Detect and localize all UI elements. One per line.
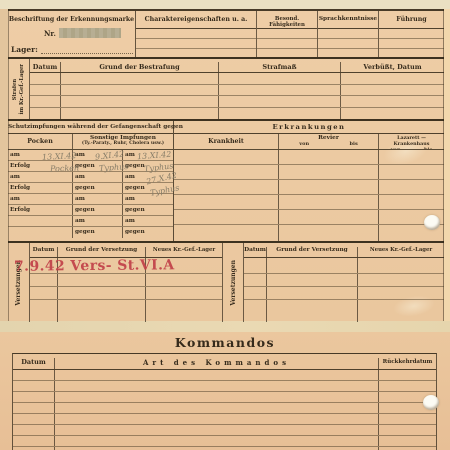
table-row — [174, 150, 444, 165]
col-header-krankheit: Krankheit — [174, 134, 278, 149]
table-row — [13, 425, 436, 436]
col-header-pocken: Pocken — [8, 134, 72, 149]
table-row — [30, 274, 222, 287]
table-row: gegen gegen — [8, 227, 173, 238]
erfolg-label: Erfolg — [8, 205, 72, 215]
col-header-sonstige-sub: (Ty.-Paraty., Ruhr, Cholera usw.) — [73, 141, 173, 146]
col-header-grund-versetzung: Grund der Versetzung — [57, 247, 145, 257]
impfungen-header: Schutzimpfungen während der Gefangenscha… — [8, 121, 173, 134]
erfolg-label: Erfolg — [8, 183, 72, 193]
am-label: am — [122, 194, 173, 204]
table-row — [244, 274, 444, 287]
pow-record-card-scan: Beschriftung der Erkennungsmarke Nr. Lag… — [0, 0, 450, 450]
kommandos-title: Kommandos — [0, 335, 450, 350]
gegen-label: gegen — [72, 183, 122, 193]
col-header-lazarett: Lazarett — Krankenhaus — [379, 135, 444, 147]
col-header-neues-lager: Neues Kr.-Gef.-Lager — [145, 247, 222, 257]
am-label: am — [72, 216, 122, 226]
table-row — [318, 29, 378, 39]
col-header-verbuesst: Verbüßt, Datum — [340, 62, 444, 72]
character-columns: Charaktereigenschaften u. a. Besond. Fäh… — [135, 11, 444, 57]
col-header-faehigkeiten: Besond. Fähigkeiten — [257, 11, 317, 29]
table-row — [13, 414, 436, 425]
erkrankungen-header: Erkrankungen — [174, 121, 444, 134]
table-row — [13, 403, 436, 414]
table-row — [136, 39, 256, 49]
table-row — [257, 29, 317, 39]
gegen-label: gegen — [122, 205, 173, 215]
col-header-grund-versetzung: Grund der Versetzung — [266, 247, 357, 257]
table-row: Erfolg gegen gegen — [8, 205, 173, 216]
col-header-fuehrung: Führung — [379, 11, 444, 29]
col-header-neues-lager: Neues Kr.-Gef.-Lager — [357, 247, 444, 257]
lager-fill-line — [41, 46, 133, 54]
table-row — [174, 210, 444, 225]
hole-punch — [424, 215, 440, 230]
section-erkennungsmarke: Beschriftung der Erkennungsmarke Nr. Lag… — [8, 9, 444, 57]
von-label: von — [391, 147, 401, 149]
beschriftung-label: Beschriftung der Erkennungsmarke — [8, 16, 135, 23]
table-row — [174, 195, 444, 210]
section-versetzungen: Versetzungen Datum Grund der Versetzung … — [8, 243, 444, 322]
table-row: am am — [8, 216, 173, 227]
strafen-side-label: Strafen im Kr.-Gef.-Lager — [8, 59, 30, 119]
am-label: am — [72, 172, 122, 182]
col-header-datum: Datum — [244, 247, 266, 257]
table-row — [30, 96, 444, 107]
paper-edge-right — [444, 9, 450, 329]
versetzungen-side-label: Versetzungen — [222, 243, 244, 322]
card-edge-band — [0, 321, 450, 332]
transfer-stamp: 7.9.42 Vers- St.VI.A — [14, 257, 175, 274]
table-row — [30, 73, 444, 84]
col-header-strafmass: Strafmaß — [218, 62, 340, 72]
table-row — [30, 287, 222, 300]
gegen-label: gegen — [122, 227, 173, 238]
table-row — [13, 370, 436, 381]
table-row — [174, 165, 444, 180]
col-header-art-kommandos: Art des Kommandos — [54, 358, 378, 369]
table-row — [379, 39, 444, 49]
table-row — [13, 436, 436, 447]
table-row — [30, 85, 444, 96]
bis-label: bis — [424, 147, 432, 149]
side-label-line: Strafen — [12, 64, 19, 114]
section-strafen: Strafen im Kr.-Gef.-Lager Datum Grund de… — [8, 57, 444, 121]
table-row — [244, 300, 444, 322]
versetzungen-side-label: Versetzungen — [8, 243, 30, 322]
col-header-charakter: Charaktereigenschaften u. a. — [136, 11, 256, 29]
col-header-sprachkenntnisse: Sprachkenntnisse — [318, 11, 378, 29]
lager-label: Lager: — [11, 45, 38, 54]
am-label: am — [72, 194, 122, 204]
col-header-datum: Datum — [13, 358, 54, 369]
section-impfungen-erkrankungen: Schutzimpfungen während der Gefangenscha… — [8, 121, 444, 243]
paper-edge-top — [0, 0, 450, 9]
am-label: am — [122, 216, 173, 226]
table-row — [318, 39, 378, 49]
table-row — [174, 180, 444, 195]
side-label: Versetzungen — [230, 260, 237, 306]
gegen-label: gegen — [72, 227, 122, 238]
col-header-datum: Datum — [30, 247, 57, 257]
table-row — [30, 108, 444, 119]
section-kommandos: Datum Art des Kommandos Rückkehrdatum — [12, 353, 437, 450]
col-header-rueckkehrdatum: Rückkehrdatum — [378, 358, 436, 369]
col-header-datum: Datum — [30, 62, 60, 72]
table-row — [136, 29, 256, 39]
tag-number-field — [59, 28, 121, 38]
pencil-entry-pocken-date: 13.XI.42 — [42, 151, 77, 162]
table-row — [13, 392, 436, 403]
hole-punch — [423, 395, 439, 410]
table-row — [244, 258, 444, 274]
erkennungsmarke-block: Beschriftung der Erkennungsmarke Nr. Lag… — [8, 11, 135, 57]
table-row — [174, 225, 444, 241]
gegen-label: gegen — [72, 205, 122, 215]
table-row — [379, 29, 444, 39]
table-row — [244, 287, 444, 300]
nr-label: Nr. — [44, 29, 56, 38]
side-label-line: im Kr.-Gef.-Lager — [19, 64, 26, 114]
table-row: am am am — [8, 194, 173, 205]
am-label: am — [8, 194, 72, 204]
pencil-entry-pocken-erfolg: Pocken — [50, 163, 79, 173]
col-header-grund-bestrafung: Grund der Bestrafung — [60, 62, 218, 72]
table-row — [30, 300, 222, 322]
bis-label: bis — [350, 141, 358, 147]
table-row — [257, 39, 317, 49]
von-label: von — [299, 141, 309, 147]
table-row — [13, 381, 436, 392]
am-label: am — [8, 172, 72, 182]
